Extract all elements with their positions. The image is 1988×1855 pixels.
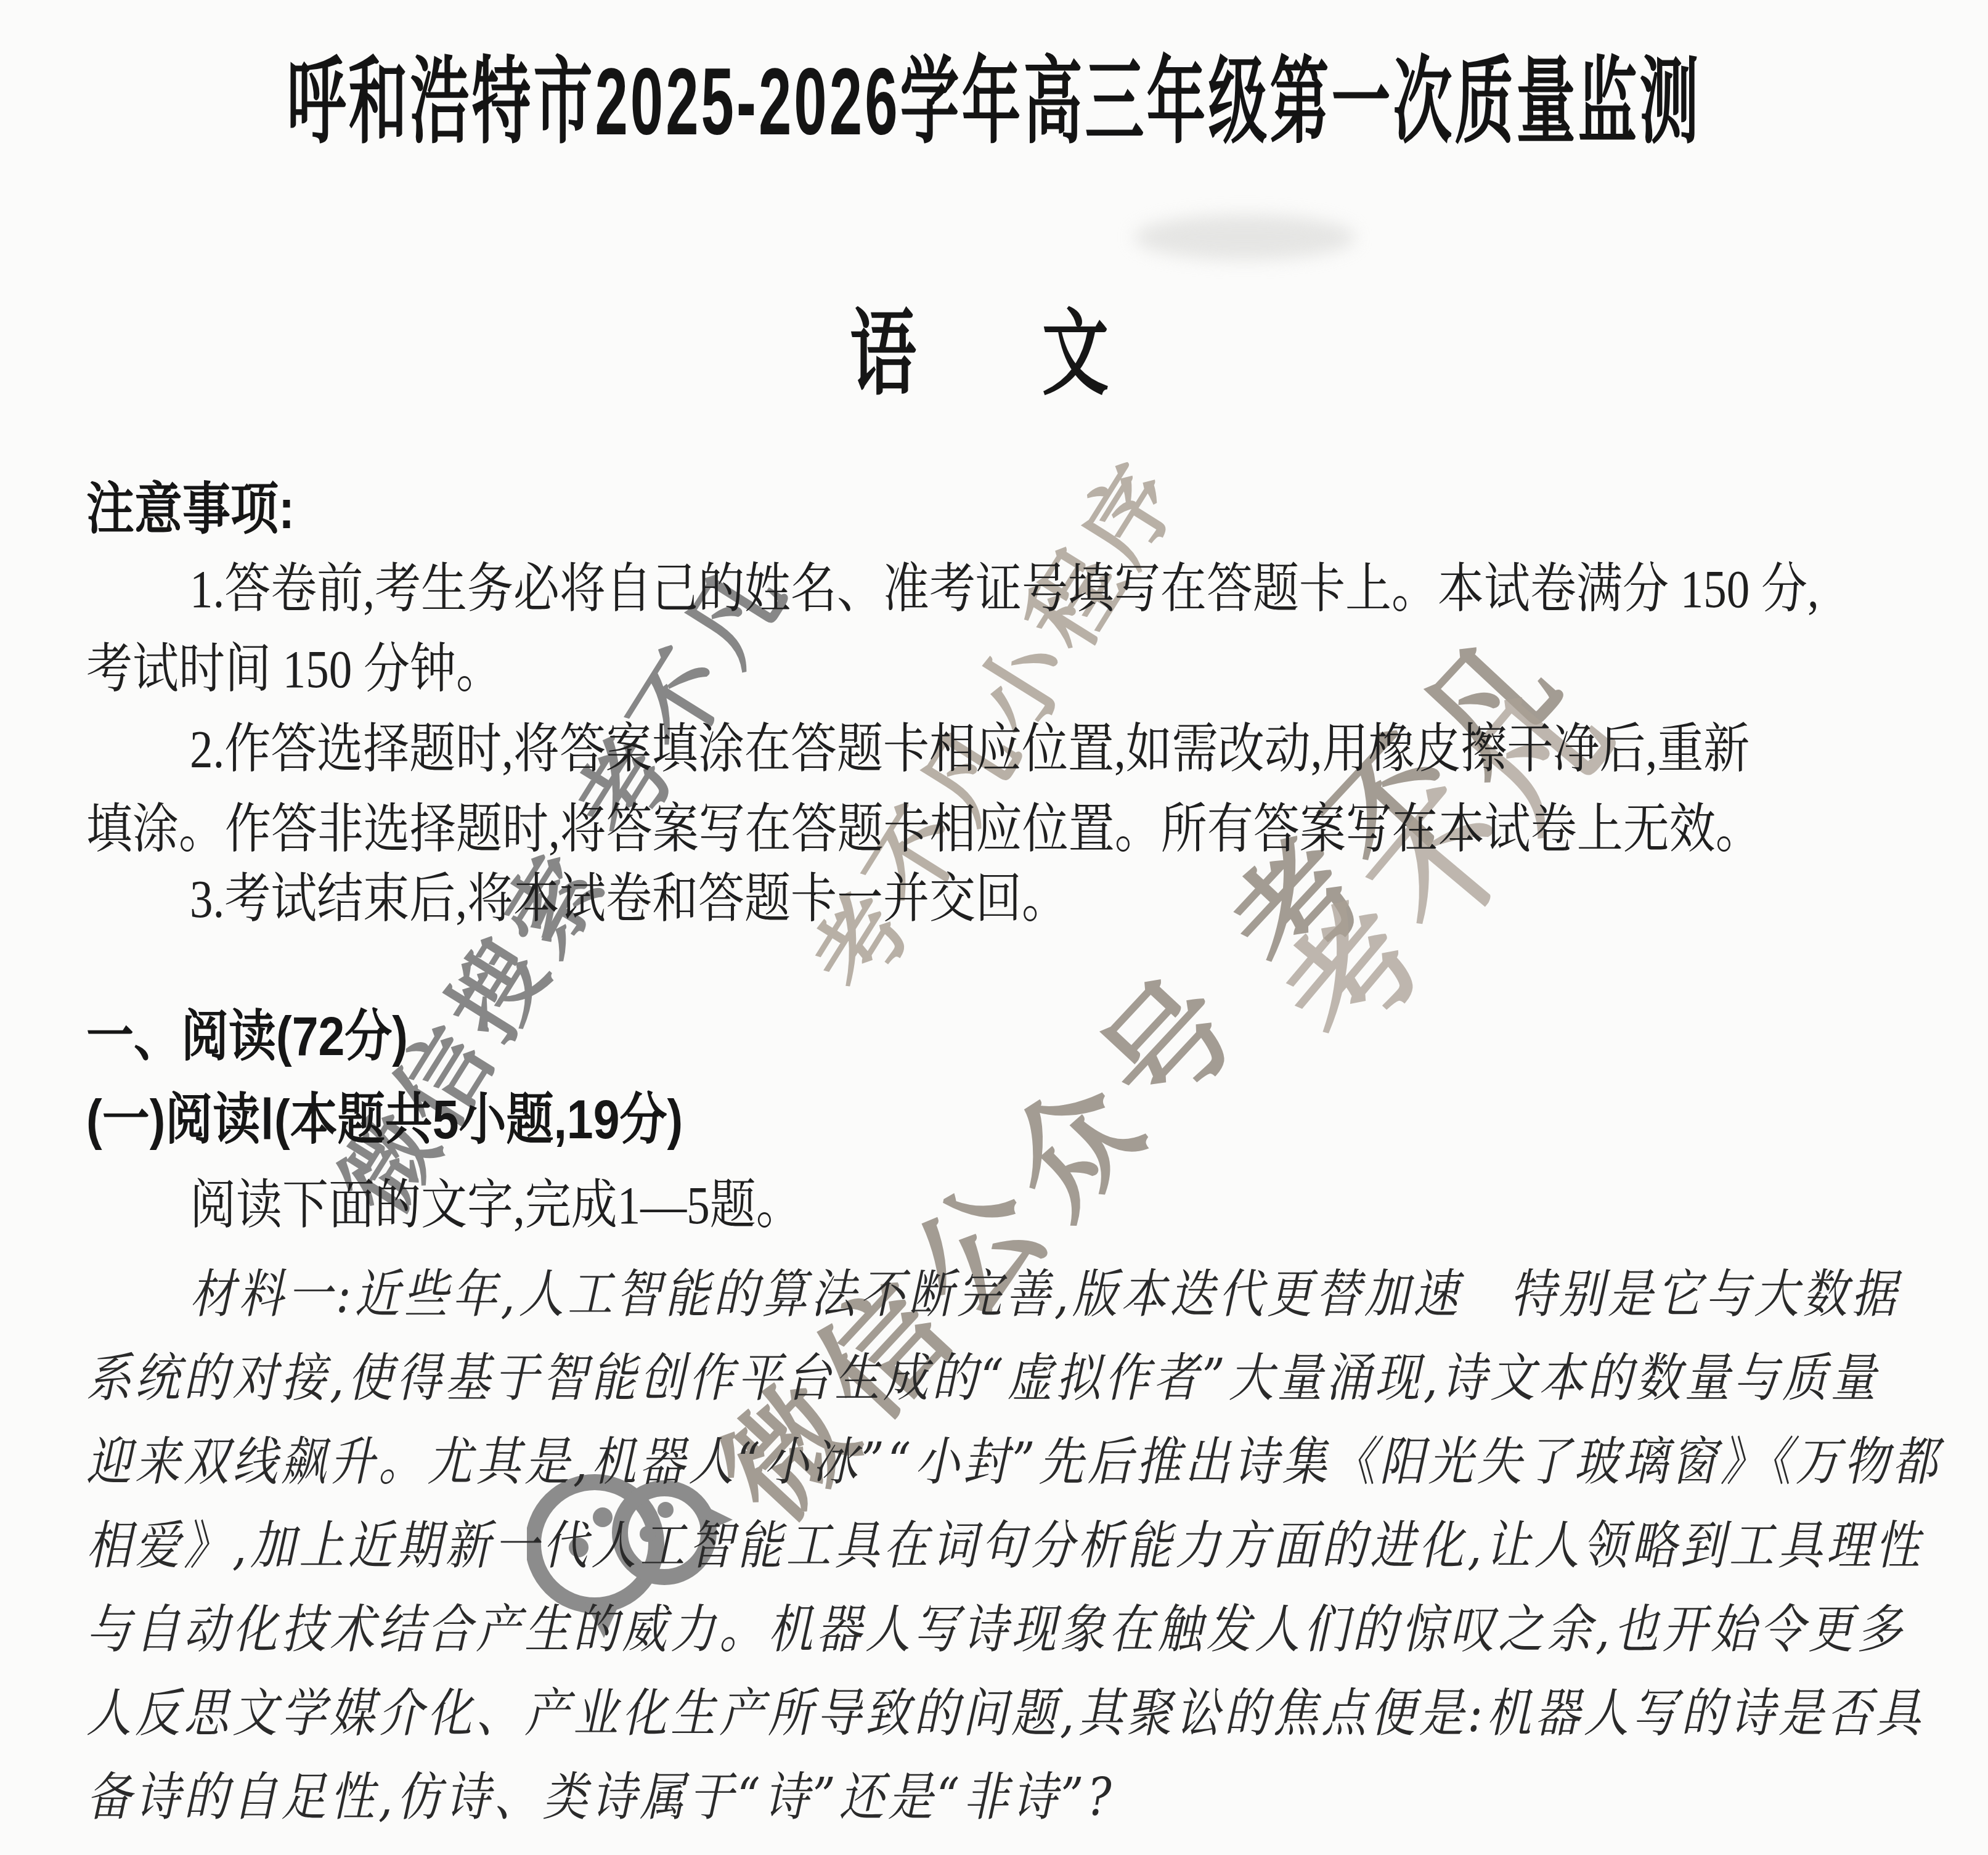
material-line-4: 相爱》,加上近期新一代人工智能工具在词句分析能力方面的进化,让人领略到工具理性: [86, 1515, 1972, 1578]
scan-smudge: [1134, 214, 1356, 260]
section-reading1-heading: (一)阅读Ⅰ(本题共5小题,19分): [86, 1086, 1972, 1152]
subject-title: 语 文: [0, 279, 1988, 412]
material-line-7: 备诗的自足性,仿诗、类诗属于“诗”还是“非诗”?: [86, 1766, 1972, 1829]
notice-heading: 注意事项:: [86, 476, 1972, 543]
material-line-3: 迎来双线飙升。尤其是,机器人“小冰”“小封”先后推出诗集《阳光失了玻璃窗》《万物…: [86, 1431, 1972, 1494]
material-line-5: 与自动化技术结合产生的威力。机器人写诗现象在触发人们的惊叹之余,也开始令更多: [86, 1599, 1972, 1661]
section-reading-heading: 一、阅读(72分): [86, 1003, 1972, 1069]
page-title: 呼和浩特市2025-2026学年高三年级第一次质量监测: [0, 27, 1988, 162]
notice-line-2: 考试时间 150 分钟。: [86, 638, 1972, 702]
material-line-1: 材料一:近些年,人工智能的算法不断完善,版本迭代更替加速 特别是它与大数据: [86, 1263, 1972, 1326]
notice-line-1: 1.答卷前,考生务必将自己的姓名、准考证号填写在答题卡上。本试卷满分 150 分…: [86, 558, 1972, 622]
material-line-2: 系统的对接,使得基于智能创作平台生成的“虚拟作者”大量涌现,诗文本的数量与质量: [86, 1347, 1972, 1410]
material-line-6: 人反思文学媒介化、产业化生产所导致的问题,其聚讼的焦点便是:机器人写的诗是否具: [86, 1682, 1972, 1745]
exam-paper-page: 微信搜索 考不凡 考不凡小程序 微信公众号 考不凡 考不凡 呼和浩特市2025-…: [0, 0, 1988, 1855]
notice-line-5: 3.考试结束后,将本试卷和答题卡一并交回。: [86, 868, 1972, 932]
notice-line-3: 2.作答选择题时,将答案填涂在答题卡相应位置,如需改动,用橡皮擦干净后,重新: [86, 718, 1972, 782]
notice-line-4: 填涂。作答非选择题时,将答案写在答题卡相应位置。所有答案写在本试卷上无效。: [86, 798, 1972, 862]
reading-instruction: 阅读下面的文字,完成1—5题。: [86, 1174, 1972, 1238]
